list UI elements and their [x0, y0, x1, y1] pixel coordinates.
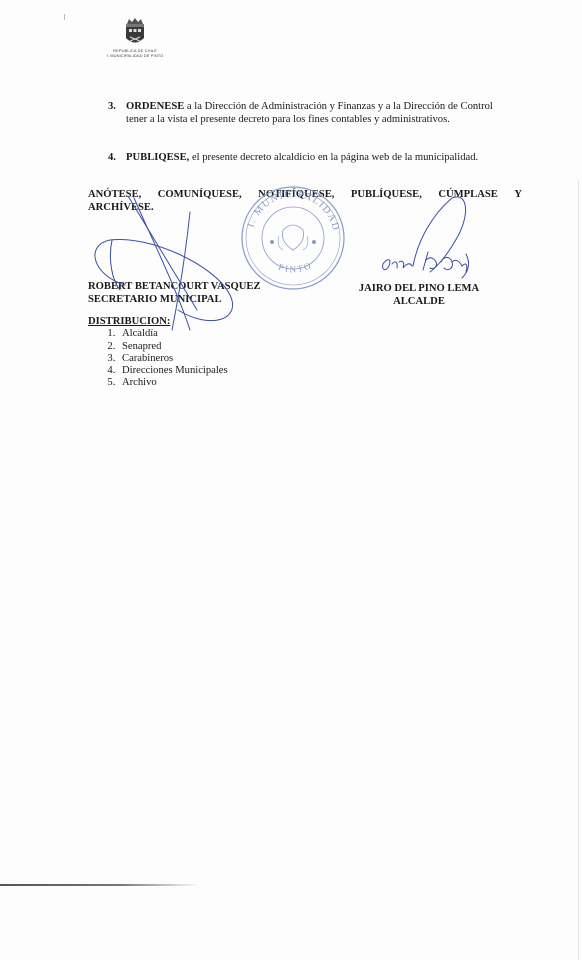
distribution-list: DISTRIBUCION: Alcaldía Senapred Carabine… [88, 316, 228, 390]
distribution-item: Carabineros [118, 353, 228, 365]
closing-word: Y [514, 188, 522, 201]
signer-name: ROBERT BETANCOURT VASQUEZ [88, 280, 261, 293]
distribution-title: DISTRIBUCION: [88, 316, 228, 328]
closing-word: PUBLÍQUESE, [351, 188, 422, 201]
coat-of-arms-icon [124, 16, 146, 48]
letterhead-line2: I. MUNICIPALIDAD DE PINTO [100, 53, 170, 58]
signer-title: SECRETARIO MUNICIPAL [88, 293, 261, 306]
signer-name: JAIRO DEL PINO LEMA [354, 282, 484, 295]
scan-mark [64, 14, 65, 20]
svg-text:PINTO: PINTO [277, 260, 314, 274]
distribution-item: Alcaldía [118, 328, 228, 340]
closing-word: NOTIFÍQUESE, [258, 188, 334, 201]
signer-title: ALCALDE [354, 295, 484, 308]
item-keyword: PUBLIQESE, [126, 152, 189, 163]
item-text-continued: tener a la vista el presente decreto par… [108, 113, 528, 126]
item-number: 3. [108, 100, 126, 113]
page-edge [578, 180, 579, 960]
stamp-bottom-text: PINTO [277, 260, 314, 274]
distribution-item: Archivo [118, 377, 228, 389]
closing-formula: ANÓTESE, COMUNÍQUESE, NOTIFÍQUESE, PUBLÍ… [88, 188, 522, 214]
letterhead: REPUBLICA DE CHILE I. MUNICIPALIDAD DE P… [100, 16, 170, 58]
ink-overlay: I. MUNICIPALIDAD PINTO [0, 0, 582, 960]
scan-bottom-edge [0, 884, 200, 886]
item-text: a la Dirección de Administración y Finan… [184, 101, 493, 112]
closing-word: CÚMPLASE [438, 188, 497, 201]
distribution-item: Direcciones Municipales [118, 365, 228, 377]
signature-block-secretary: ROBERT BETANCOURT VASQUEZ SECRETARIO MUN… [88, 280, 261, 306]
item-keyword: ORDENESE [126, 101, 184, 112]
closing-word: ANÓTESE, [88, 188, 141, 201]
signature-block-mayor: JAIRO DEL PINO LEMA ALCALDE [354, 282, 484, 308]
closing-line2: ARCHÍVESE. [88, 201, 522, 214]
secretary-signature-icon [95, 196, 233, 330]
closing-word: COMUNÍQUESE, [158, 188, 242, 201]
distribution-item: Senapred [118, 341, 228, 353]
item-text: el presente decreto alcaldicio en la pág… [189, 152, 478, 163]
decree-item-3: 3.ORDENESE a la Dirección de Administrac… [108, 100, 528, 126]
item-number: 4. [108, 151, 126, 164]
decree-item-4: 4.PUBLIQESE, el presente decreto alcaldi… [108, 151, 528, 164]
